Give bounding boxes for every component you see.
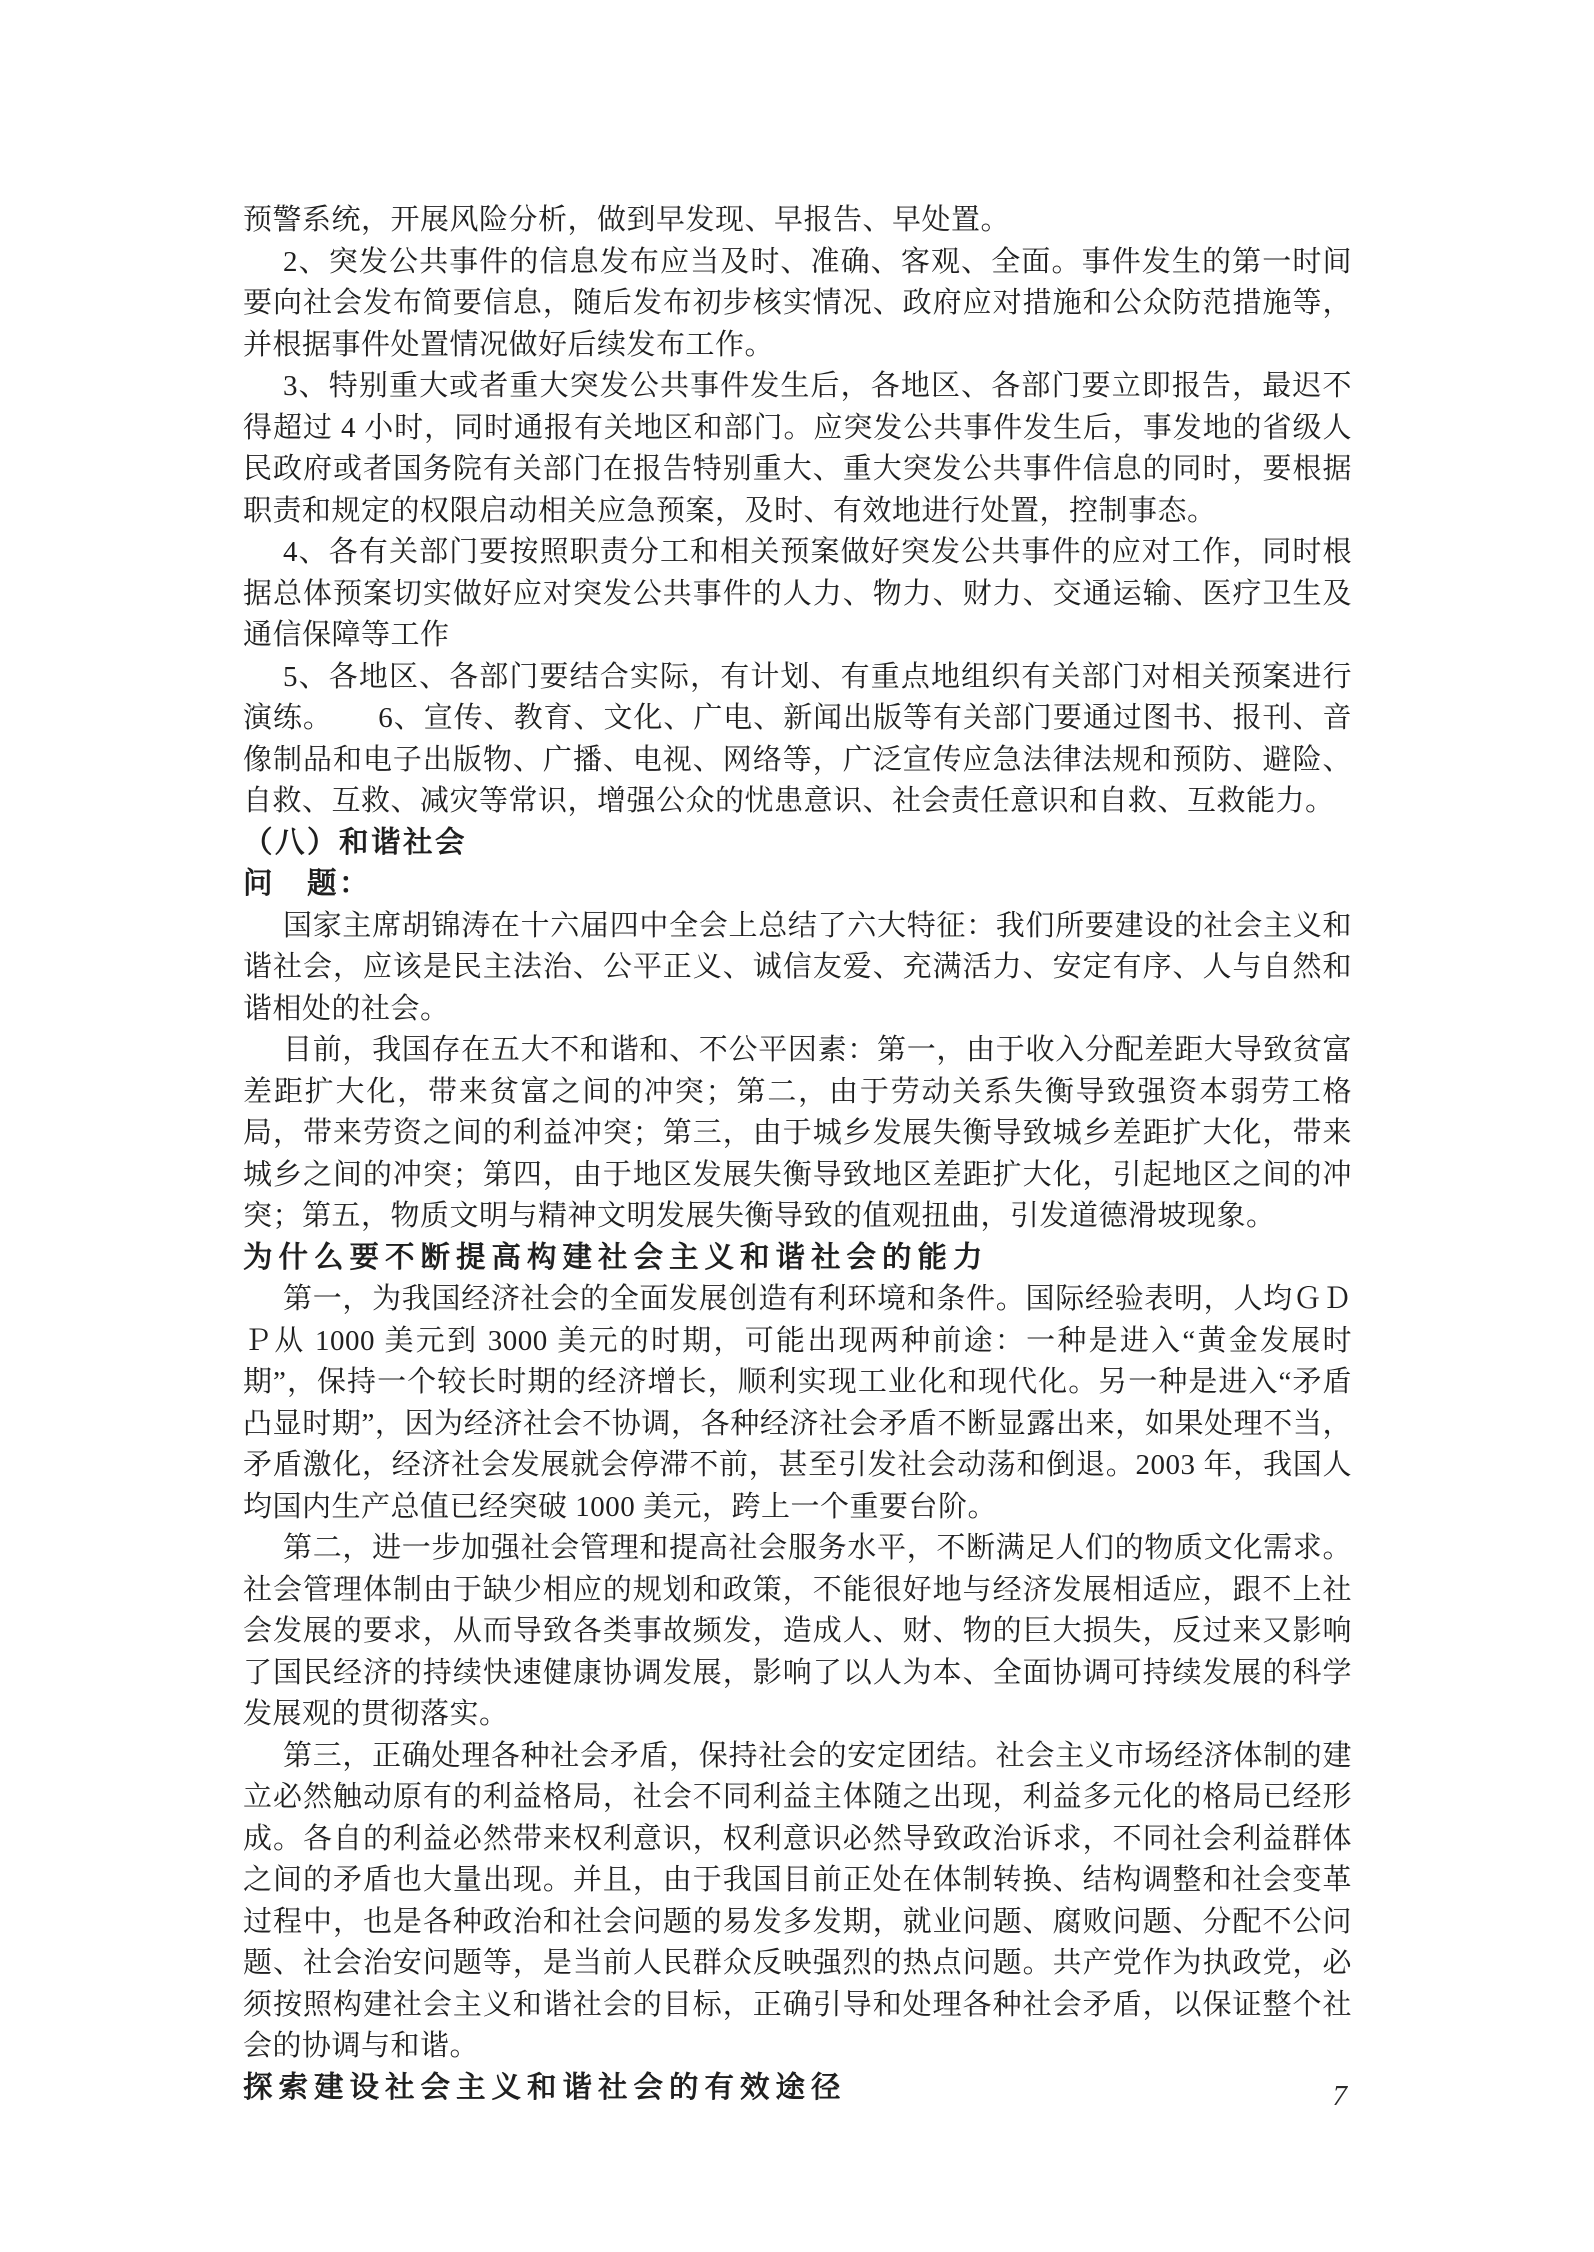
paragraph: 5、各地区、各部门要结合实际，有计划、有重点地组织有关部门对相关预案进行演练。 … <box>243 657 1352 823</box>
paragraph: 2、突发公共事件的信息发布应当及时、准确、客观、全面。事件发生的第一时间要向社会… <box>243 242 1352 367</box>
paragraph: 第一，为我国经济社会的全面发展创造有利环境和条件。国际经验表明，人均ＧＤＰ从 1… <box>243 1279 1352 1528</box>
paragraph: 目前，我国存在五大不和谐和、不公平因素：第一，由于收入分配差距大导致贫富差距扩大… <box>243 1030 1352 1238</box>
section-heading: 为什么要不断提高构建社会主义和谐社会的能力 <box>243 1238 1352 1280</box>
section-heading: 问 题： <box>243 864 1352 906</box>
document-text-block: 预警系统，开展风险分析，做到早发现、早报告、早处置。 2、突发公共事件的信息发布… <box>243 200 1352 2109</box>
paragraph: 3、特别重大或者重大突发公共事件发生后，各地区、各部门要立即报告，最迟不得超过 … <box>243 366 1352 532</box>
paragraph: 第三，正确处理各种社会矛盾，保持社会的安定团结。社会主义市场经济体制的建立必然触… <box>243 1736 1352 2068</box>
paragraph: 预警系统，开展风险分析，做到早发现、早报告、早处置。 <box>243 200 1352 242</box>
page-number: 7 <box>243 2076 1347 2118</box>
document-page: 预警系统，开展风险分析，做到早发现、早报告、早处置。 2、突发公共事件的信息发布… <box>0 0 1594 2252</box>
section-heading: （八）和谐社会 <box>243 823 1352 865</box>
paragraph: 国家主席胡锦涛在十六届四中全会上总结了六大特征：我们所要建设的社会主义和谐社会，… <box>243 906 1352 1031</box>
paragraph: 4、各有关部门要按照职责分工和相关预案做好突发公共事件的应对工作，同时根据总体预… <box>243 532 1352 657</box>
paragraph: 第二，进一步加强社会管理和提高社会服务水平，不断满足人们的物质文化需求。社会管理… <box>243 1528 1352 1736</box>
